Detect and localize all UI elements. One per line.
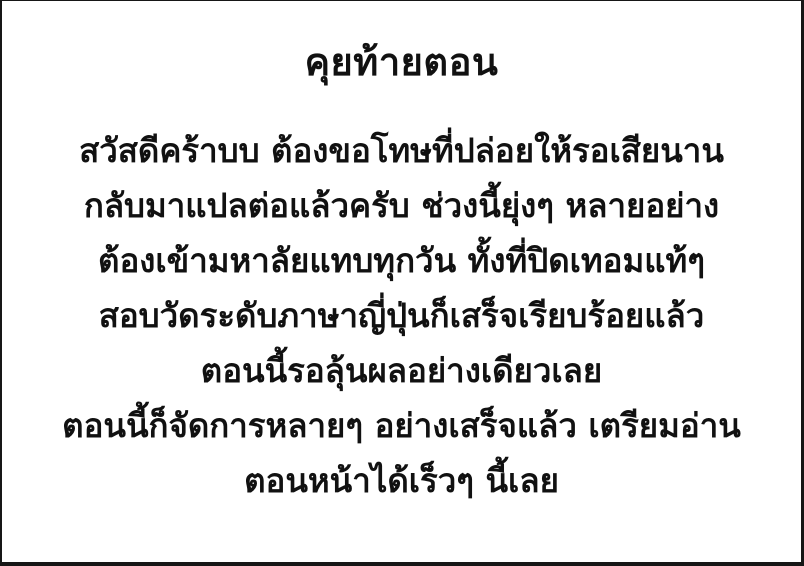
afterword-line: สอบวัดระดับภาษาญี่ปุ่นก็เสร็จเรียบร้อยแล… (2, 288, 801, 343)
afterword-body: สวัสดีคร้าบบ ต้องขอโทษที่ปล่อยให้รอเสียน… (2, 123, 801, 508)
afterword-page: คุยท้ายตอน สวัสดีคร้าบบ ต้องขอโทษที่ปล่อ… (0, 0, 804, 566)
afterword-line: ต้องเข้ามหาลัยแทบทุกวัน ทั้งที่ปิดเทอมแท… (2, 233, 801, 288)
afterword-line: ตอนนี้ก็จัดการหลายๆ อย่างเสร็จแล้ว เตรีย… (2, 398, 801, 453)
afterword-line: ตอนหน้าได้เร็วๆ นี้เลย (2, 453, 801, 508)
page-title: คุยท้ายตอน (2, 31, 801, 92)
afterword-line: กลับมาแปลต่อแล้วครับ ช่วงนี้ยุ่งๆ หลายอย… (2, 178, 801, 233)
afterword-line: ตอนนี้รอลุ้นผลอย่างเดียวเลย (2, 343, 801, 398)
afterword-line: สวัสดีคร้าบบ ต้องขอโทษที่ปล่อยให้รอเสียน… (2, 123, 801, 178)
